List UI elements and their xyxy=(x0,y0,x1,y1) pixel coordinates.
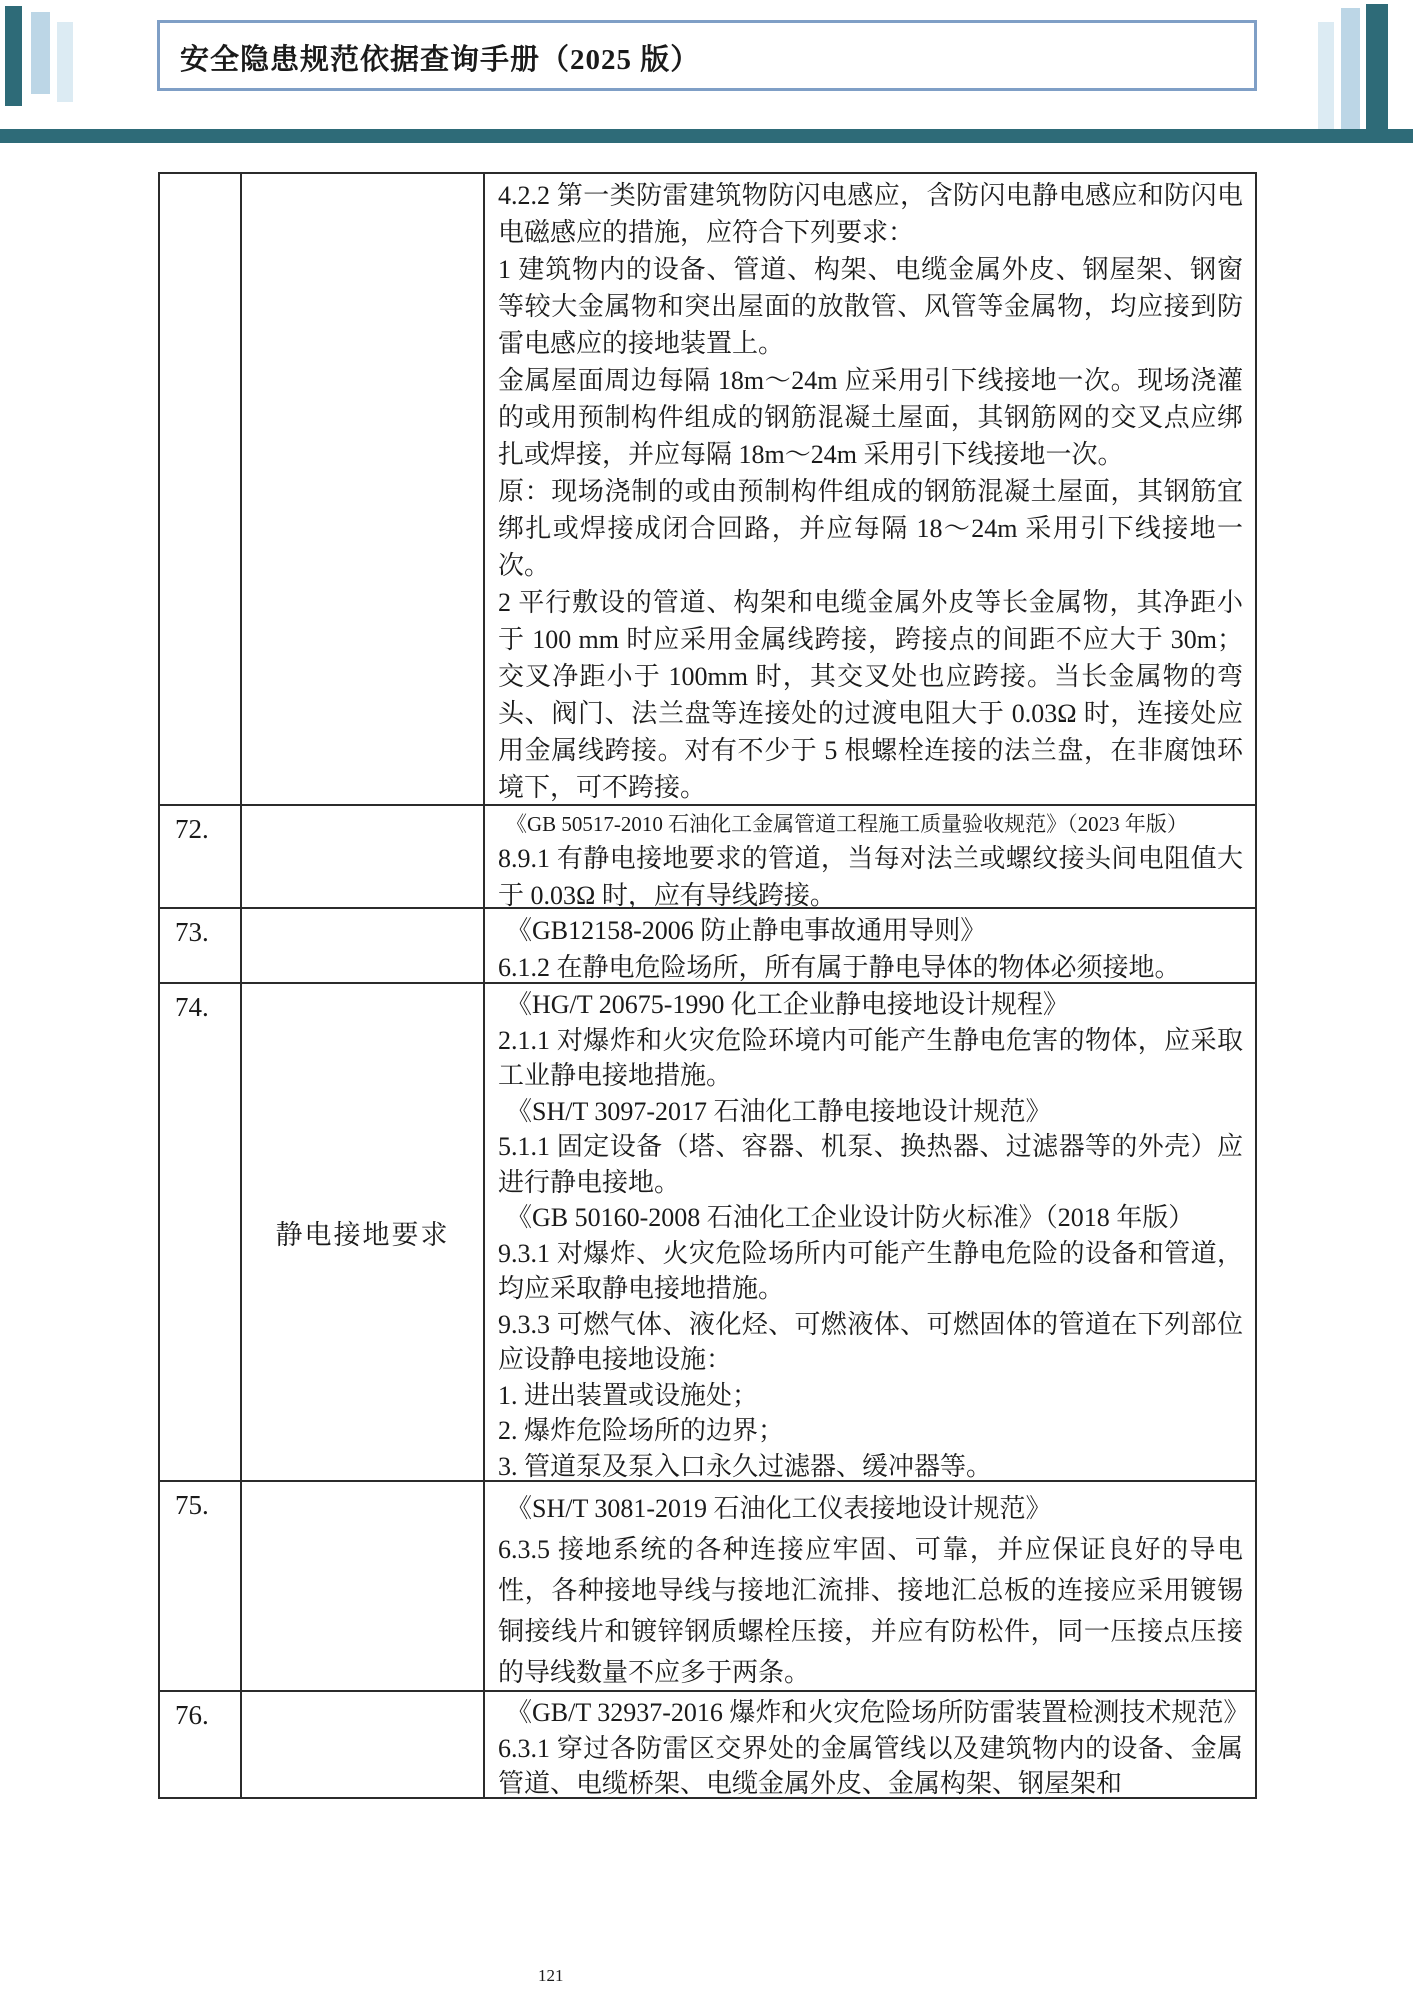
content-paragraph: 《GB 50517-2010 石油化工金属管道工程施工质量验收规范》（2023 … xyxy=(498,809,1243,840)
header-title-box: 安全隐患规范依据查询手册（2025 版） xyxy=(157,20,1257,91)
content-paragraph: 原：现场浇制的或由预制构件组成的钢筋混凝土屋面，其钢筋宜绑扎或焊接成闭合回路，并… xyxy=(498,473,1243,584)
row-number-cell: 74. xyxy=(160,984,242,1480)
content-cell: 《GB/T 32937-2016 爆炸和火灾危险场所防雷装置检测技术规范》6.3… xyxy=(485,1692,1255,1797)
content-paragraph: 6.3.1 穿过各防雷区交界处的金属管线以及建筑物内的设备、金属管道、电缆桥架、… xyxy=(498,1731,1243,1798)
category-cell: 静电接地要求 xyxy=(242,984,485,1480)
content-paragraph: 5.1.1 固定设备（塔、容器、机泵、换热器、过滤器等的外壳）应进行静电接地。 xyxy=(498,1129,1243,1200)
content-paragraph: 3. 管道泵及泵入口永久过滤器、缓冲器等。 xyxy=(498,1449,1243,1481)
content-paragraph: 1. 进出装置或设施处； xyxy=(498,1378,1243,1414)
content-paragraph: 1 建筑物内的设备、管道、构架、电缆金属外皮、钢屋架、钢窗等较大金属物和突出屋面… xyxy=(498,251,1243,362)
row-number: 72. xyxy=(175,814,209,844)
content-paragraph: 2 平行敷设的管道、构架和电缆金属外皮等长金属物，其净距小于 100 mm 时应… xyxy=(498,584,1243,804)
row-number: 76. xyxy=(175,1700,209,1730)
decor-bar-left-dark xyxy=(5,6,22,106)
page-container: 安全隐患规范依据查询手册（2025 版） 4.2.2 第一类防雷建筑物防闪电感应… xyxy=(0,0,1413,2000)
table-row: 76.《GB/T 32937-2016 爆炸和火灾危险场所防雷装置检测技术规范》… xyxy=(160,1690,1255,1797)
content-paragraph: 《SH/T 3081-2019 石油化工仪表接地设计规范》 xyxy=(498,1488,1243,1529)
table-row: 4.2.2 第一类防雷建筑物防闪电感应，含防闪电静电感应和防闪电电磁感应的措施，… xyxy=(160,174,1255,804)
category-cell xyxy=(242,909,485,982)
content-paragraph: 《GB/T 32937-2016 爆炸和火灾危险场所防雷装置检测技术规范》 xyxy=(498,1695,1243,1731)
content-paragraph: 金属屋面周边每隔 18m～24m 应采用引下线接地一次。现场浇灌的或用预制构件组… xyxy=(498,362,1243,473)
row-number: 73. xyxy=(175,917,209,947)
content-paragraph: 《HG/T 20675-1990 化工企业静电接地设计规程》 xyxy=(498,987,1243,1023)
content-cell: 4.2.2 第一类防雷建筑物防闪电感应，含防闪电静电感应和防闪电电磁感应的措施，… xyxy=(485,174,1255,804)
reference-table: 4.2.2 第一类防雷建筑物防闪电感应，含防闪电静电感应和防闪电电磁感应的措施，… xyxy=(158,172,1257,1799)
content-paragraph: 2.1.1 对爆炸和火灾危险环境内可能产生静电危害的物体，应采取工业静电接地措施… xyxy=(498,1023,1243,1094)
content-cell: 《GB12158-2006 防止静电事故通用导则》6.1.2 在静电危险场所，所… xyxy=(485,909,1255,982)
content-cell: 《GB 50517-2010 石油化工金属管道工程施工质量验收规范》（2023 … xyxy=(485,806,1255,907)
content-cell: 《HG/T 20675-1990 化工企业静电接地设计规程》2.1.1 对爆炸和… xyxy=(485,984,1255,1480)
row-number-cell: 73. xyxy=(160,909,242,982)
row-number-cell: 72. xyxy=(160,806,242,907)
decor-bar-right-light xyxy=(1341,8,1360,143)
content-paragraph: 2. 爆炸危险场所的边界； xyxy=(498,1413,1243,1449)
category-cell xyxy=(242,806,485,907)
content-paragraph: 《GB 50160-2008 石油化工企业设计防火标准》（2018 年版） xyxy=(498,1200,1243,1236)
content-paragraph: 8.9.1 有静电接地要求的管道，当每对法兰或螺纹接头间电阻值大于 0.03Ω … xyxy=(498,840,1243,907)
row-number: 74. xyxy=(175,992,209,1022)
header-divider-band xyxy=(0,129,1413,143)
content-paragraph: 《SH/T 3097-2017 石油化工静电接地设计规范》 xyxy=(498,1094,1243,1130)
decor-bar-right-dark xyxy=(1366,4,1388,143)
content-paragraph: 《GB12158-2006 防止静电事故通用导则》 xyxy=(498,912,1243,949)
row-number-cell: 75. xyxy=(160,1482,242,1690)
category-cell xyxy=(242,1482,485,1690)
content-cell: 《SH/T 3081-2019 石油化工仪表接地设计规范》6.3.5 接地系统的… xyxy=(485,1482,1255,1690)
row-number-cell: 76. xyxy=(160,1692,242,1797)
decor-bar-left-light xyxy=(31,12,50,94)
page-number: 121 xyxy=(538,1966,564,1986)
category-cell xyxy=(242,1692,485,1797)
row-number: 75. xyxy=(175,1490,209,1520)
category-cell xyxy=(242,174,485,804)
table-row: 75.《SH/T 3081-2019 石油化工仪表接地设计规范》6.3.5 接地… xyxy=(160,1480,1255,1690)
content-paragraph: 4.2.2 第一类防雷建筑物防闪电感应，含防闪电静电感应和防闪电电磁感应的措施，… xyxy=(498,177,1243,251)
row-number-cell xyxy=(160,174,242,804)
content-paragraph: 9.3.3 可燃气体、液化烃、可燃液体、可燃固体的管道在下列部位应设静电接地设施… xyxy=(498,1307,1243,1378)
decor-bar-right-lighter xyxy=(1318,22,1334,143)
table-row: 74.静电接地要求《HG/T 20675-1990 化工企业静电接地设计规程》2… xyxy=(160,982,1255,1480)
content-paragraph: 6.3.5 接地系统的各种连接应牢固、可靠，并应保证良好的导电性，各种接地导线与… xyxy=(498,1529,1243,1690)
table-row: 73.《GB12158-2006 防止静电事故通用导则》6.1.2 在静电危险场… xyxy=(160,907,1255,982)
content-paragraph: 6.1.2 在静电危险场所，所有属于静电导体的物体必须接地。 xyxy=(498,949,1243,982)
category-label: 静电接地要求 xyxy=(276,1213,450,1252)
decor-bar-left-lighter xyxy=(57,22,73,102)
page-title: 安全隐患规范依据查询手册（2025 版） xyxy=(160,23,1254,78)
table-row: 72.《GB 50517-2010 石油化工金属管道工程施工质量验收规范》（20… xyxy=(160,804,1255,907)
content-paragraph: 9.3.1 对爆炸、火灾危险场所内可能产生静电危险的设备和管道，均应采取静电接地… xyxy=(498,1236,1243,1307)
